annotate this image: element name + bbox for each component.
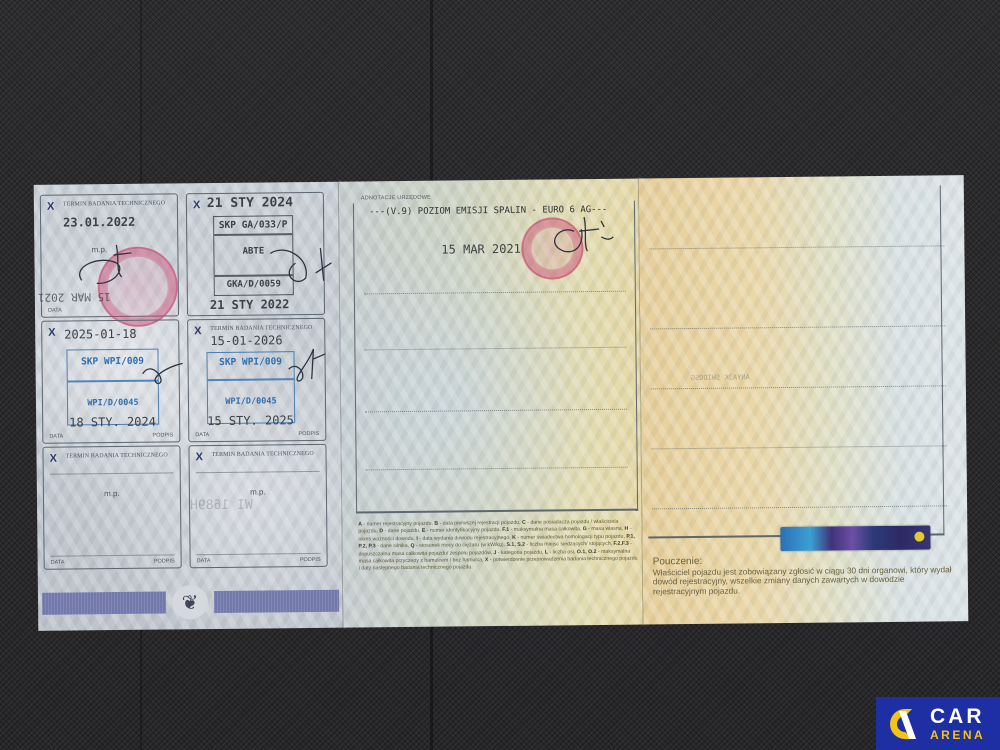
hologram-emblem-icon [914,532,924,542]
legend-key: O.1, O.2 [577,549,597,555]
inspection-page: X TERMIN BADANIA TECHNICZNEGO 23.01.2022… [34,182,344,631]
legend-text: - liczba osi, [548,549,577,555]
box-header: TERMIN BADANIA TECHNICZNEGO [63,201,165,208]
notice-text: Właściciel pojazdu jest zobowiązany zgło… [653,565,953,596]
legend-text: - liczba miejsc siedzących/ stojących, [525,541,614,548]
signature-label: PODPIS [300,557,321,563]
inspection-box-6: X TERMIN BADANIA TECHNICZNEGO m.p. WI 16… [188,444,327,568]
legend-text: - masa własna, [587,526,625,532]
legend-text: - numer rejestracyjny pojazdu, [362,521,434,528]
diagnostician-code: GKA/D/0059 [215,279,293,290]
station-name: ABTE [214,246,292,257]
stamp-date: 18 STY. 2024 [69,415,156,430]
box-header: TERMIN BADANIA TECHNICZNEGO [66,452,168,459]
registration-document: X TERMIN BADANIA TECHNICZNEGO 23.01.2022… [34,175,969,631]
annotation-stamp-date: 15 MAR 2021 [441,242,521,257]
due-date: 21 STY 2024 [207,195,293,211]
signature-label: PODPIS [154,558,175,564]
hologram-security-strip [780,526,930,552]
legend-text: - numer świadectwa homologacji typu poja… [516,534,626,541]
right-frame [645,185,945,538]
logo-text-car: CAR [930,706,985,727]
inspection-box-4: X TERMIN BADANIA TECHNICZNEGO 15-01-2026… [187,318,326,442]
box-header: TERMIN BADANIA TECHNICZNEGO [210,325,312,332]
station-stamp: SKP GA/033/P ABTE GKA/D/0059 [213,215,294,296]
box-header: TERMIN BADANIA TECHNICZNEGO [211,451,313,458]
station-code: SKP GA/033/P [214,219,292,231]
legend-text: - stosunek mocy do ciężaru (w kW/kg), [415,542,507,549]
legend-text: - maksymalna masa całkowita, [509,527,583,534]
date-label: DATA [51,560,65,566]
faint-offset-text: ANYAJK SWIDOSG [691,373,750,382]
mp-label: m.p. [190,487,326,497]
stamp-date: 21 STY 2022 [210,297,290,312]
logo-text-arena: ARENA [930,729,985,741]
signature-label: PODPIS [298,431,319,437]
field-legend: A - numer rejestracyjny pojazdu, B - dat… [358,519,639,574]
inspection-box-2: X 21 STY 2024 SKP GA/033/P ABTE GKA/D/00… [186,192,325,316]
legend-text: - dane pojazdu, [383,528,422,534]
car-arena-logo: CAR ARENA [876,697,1000,750]
legend-text: - numer identyfikacyjny pojazdu, [425,527,502,534]
date-label: DATA [48,308,62,314]
inspection-mark: X [49,453,56,465]
legend-text: - data wydania dowodu rejestracyjnego, [418,535,512,542]
inspection-mark: X [48,327,55,339]
diagnostician-code: WPI/D/0045 [68,398,158,409]
date-label: DATA [197,558,211,564]
diagnostician-code: WPI/D/0045 [208,396,294,407]
legend-text: - dane silnika, [376,543,411,549]
mp-label: m.p. [44,488,180,498]
due-date: 2025-01-18 [64,327,136,342]
due-date: 15-01-2026 [210,333,282,348]
inspection-mark: X [195,451,202,463]
inspection-mark: X [193,199,200,211]
inspection-mark: X [47,201,54,213]
annotations-page: ADNOTACJE URZĘDOWE ---(V.9) POZIOM EMISJ… [339,179,644,628]
notice-title: Pouczenie: [653,556,703,568]
date-label: DATA [49,434,63,440]
notice-page: ANYAJK SWIDOSG Pouczenie: Właściciel poj… [639,175,969,624]
red-official-seal [97,246,178,327]
station-code: SKP WPI/009 [67,356,157,368]
legend-text: - kategoria pojazdu, [496,549,545,556]
red-official-seal [521,217,584,280]
legend-key: S.1, S.2 [506,542,525,548]
security-banner: ❦ [42,590,339,615]
signature-label: PODPIS [152,432,173,438]
legend-text: - data pierwszej rejestracji pojazdu, [438,520,522,527]
polish-eagle-emblem-icon: ❦ [172,585,208,619]
inspection-mark: X [194,325,201,337]
inspection-box-1: X TERMIN BADANIA TECHNICZNEGO 23.01.2022… [40,193,179,317]
station-code: SKP WPI/009 [208,356,294,368]
due-date: 23.01.2022 [63,215,135,230]
faint-offset-text: WI 1689H [190,498,253,514]
stamp-date: 15 STY. 2025 [207,413,294,428]
date-label: DATA [195,432,209,438]
inspection-box-5: X TERMIN BADANIA TECHNICZNEGO m.p. DATA … [42,445,181,569]
annotations-header: ADNOTACJE URZĘDOWE [361,195,431,202]
mirrored-stamp-date: 15 MAR 2021 [38,290,111,304]
legend-key: F.2,F.3 [613,541,628,547]
car-arena-mark-icon [890,709,920,739]
inspection-box-3: X 2025-01-18 SKP WPI/009 WPI/D/0045 18 S… [41,319,180,443]
